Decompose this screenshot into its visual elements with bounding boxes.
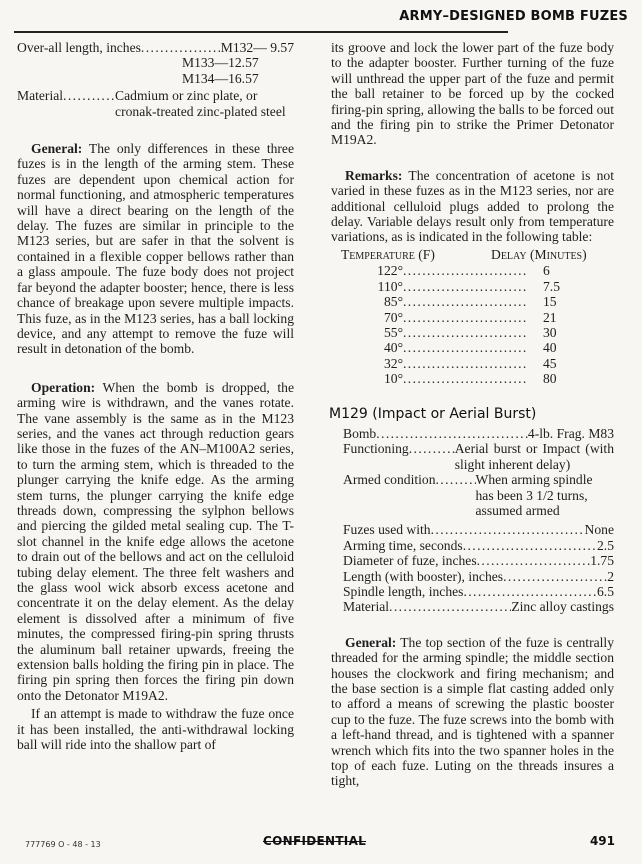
spec-label: Diameter of fuze, inches — [343, 553, 477, 568]
remarks-lead: Remarks: — [345, 168, 402, 183]
general-text: The top section of the fuze is centrally… — [331, 635, 614, 789]
withdraw-paragraph: If an attempt is made to withdraw the fu… — [17, 706, 294, 752]
spec-label: Spindle length, inches — [343, 584, 463, 599]
leader-dots — [403, 310, 541, 325]
spec-fuzes-used-with: Fuzes used withNone — [343, 522, 614, 537]
temp-cell: 40° — [373, 340, 403, 355]
operation-lead: Operation: — [31, 380, 95, 395]
spec-value: 1.75 — [590, 553, 614, 568]
spec-label: Arming time, seconds — [343, 538, 463, 553]
leader-dots — [409, 441, 455, 472]
header-rule — [14, 31, 508, 33]
delay-cell: 15 — [541, 294, 573, 309]
spec-value-m133: M133—12.57 — [17, 55, 294, 70]
m129-general-paragraph: General: The top section of the fuze is … — [331, 635, 614, 789]
leader-dots — [431, 522, 585, 537]
running-title: ARMY–DESIGNED BOMB FUZES — [399, 9, 628, 24]
delay-table-header: Temperature (F) Delay (Minutes) — [341, 247, 614, 262]
spec-value: 6.5 — [597, 584, 614, 599]
spec-value: Aerial burst or Impact (with slight inhe… — [455, 441, 614, 472]
spec-value: When arming spindle has been 3 1/2 turns… — [476, 472, 615, 518]
column-header-delay: Delay (Minutes) — [491, 247, 587, 262]
spec-value: 2 — [607, 569, 614, 584]
leader-dots — [436, 472, 476, 518]
spec-label: Material — [17, 88, 63, 119]
spec-material: MaterialZinc alloy castings — [343, 599, 614, 614]
continuation-paragraph: its groove and lock the lower part of th… — [331, 40, 614, 148]
general-lead: General: — [345, 635, 396, 650]
temp-cell: 32° — [373, 356, 403, 371]
table-row: 40°40 — [373, 340, 573, 355]
spec-label: Over-all length, inches — [17, 40, 141, 55]
leader-dots — [389, 599, 511, 614]
leader-dots — [463, 538, 597, 553]
spec-armed-condition: Armed conditionWhen arming spindle has b… — [343, 472, 614, 518]
delay-table: 122°6 110°7.5 85°15 70°21 55°30 40°40 32… — [331, 263, 614, 386]
leader-dots — [403, 294, 541, 309]
leader-dots — [63, 88, 115, 119]
table-row: 85°15 — [373, 294, 573, 309]
delay-cell: 21 — [541, 310, 573, 325]
leader-dots — [376, 426, 528, 441]
spec-overall-length: Over-all length, inches M132— 9.57 — [17, 40, 294, 55]
general-paragraph: General: The only differences in these t… — [17, 141, 294, 357]
spec-value: 4-lb. Frag. M83 — [528, 426, 614, 441]
spec-material: Material Cadmium or zinc plate, or crona… — [17, 88, 294, 119]
leader-dots — [403, 356, 541, 371]
delay-cell: 45 — [541, 356, 573, 371]
right-column: its groove and lock the lower part of th… — [331, 40, 614, 789]
leader-dots — [503, 569, 607, 584]
leader-dots — [403, 325, 541, 340]
left-column: Over-all length, inches M132— 9.57 M133—… — [17, 40, 294, 752]
temp-cell: 10° — [373, 371, 403, 386]
leader-dots — [403, 279, 541, 294]
spec-label: Armed condition — [343, 472, 436, 518]
classification-mark: CONFIDENTIAL — [263, 834, 366, 848]
leader-dots — [403, 263, 541, 278]
table-row: 122°6 — [373, 263, 573, 278]
general-text: The only differences in these three fuze… — [17, 141, 294, 356]
print-code: 777769 O - 48 - 13 — [25, 840, 101, 849]
spec-arming-time: Arming time, seconds2.5 — [343, 538, 614, 553]
table-row: 70°21 — [373, 310, 573, 325]
remarks-paragraph: Remarks: The concentration of acetone is… — [331, 168, 614, 245]
spec-value-m132: M132— 9.57 — [221, 40, 294, 55]
delay-cell: 80 — [541, 371, 573, 386]
spec-label: Bomb — [343, 426, 376, 441]
temp-cell: 55° — [373, 325, 403, 340]
spec-length: Length (with booster), inches2 — [343, 569, 614, 584]
spec-value: 2.5 — [597, 538, 614, 553]
operation-paragraph: Operation: When the bomb is dropped, the… — [17, 380, 294, 704]
general-lead: General: — [31, 141, 82, 156]
m129-specs: Bomb4-lb. Frag. M83 FunctioningAerial bu… — [331, 426, 614, 615]
spec-value-m134: M134—16.57 — [17, 71, 294, 86]
leader-dots — [141, 40, 221, 55]
section-heading-m129: M129 (Impact or Aerial Burst) — [329, 407, 614, 422]
table-row: 110°7.5 — [373, 279, 573, 294]
leader-dots — [403, 371, 541, 386]
operation-text: When the bomb is dropped, the arming wir… — [17, 380, 294, 703]
delay-cell: 30 — [541, 325, 573, 340]
leader-dots — [477, 553, 591, 568]
temp-cell: 70° — [373, 310, 403, 325]
table-row: 32°45 — [373, 356, 573, 371]
spec-label: Fuzes used with — [343, 522, 431, 537]
spec-diameter: Diameter of fuze, inches1.75 — [343, 553, 614, 568]
column-header-temperature: Temperature (F) — [341, 247, 491, 262]
spec-value: None — [585, 522, 614, 537]
spec-spindle-length: Spindle length, inches6.5 — [343, 584, 614, 599]
table-row: 55°30 — [373, 325, 573, 340]
page-number: 491 — [590, 834, 615, 848]
spec-label: Length (with booster), inches — [343, 569, 503, 584]
temp-cell: 122° — [373, 263, 403, 278]
spec-value: Zinc alloy castings — [511, 599, 614, 614]
delay-cell: 6 — [541, 263, 573, 278]
leader-dots — [463, 584, 597, 599]
spec-bomb: Bomb4-lb. Frag. M83 — [343, 426, 614, 441]
temp-cell: 85° — [373, 294, 403, 309]
delay-cell: 7.5 — [541, 279, 573, 294]
spec-functioning: FunctioningAerial burst or Impact (with … — [343, 441, 614, 472]
spec-label: Material — [343, 599, 389, 614]
leader-dots — [403, 340, 541, 355]
table-row: 10°80 — [373, 371, 573, 386]
spec-label: Functioning — [343, 441, 409, 472]
delay-cell: 40 — [541, 340, 573, 355]
spec-value: Cadmium or zinc plate, or cronak-treated… — [115, 88, 294, 119]
temp-cell: 110° — [373, 279, 403, 294]
